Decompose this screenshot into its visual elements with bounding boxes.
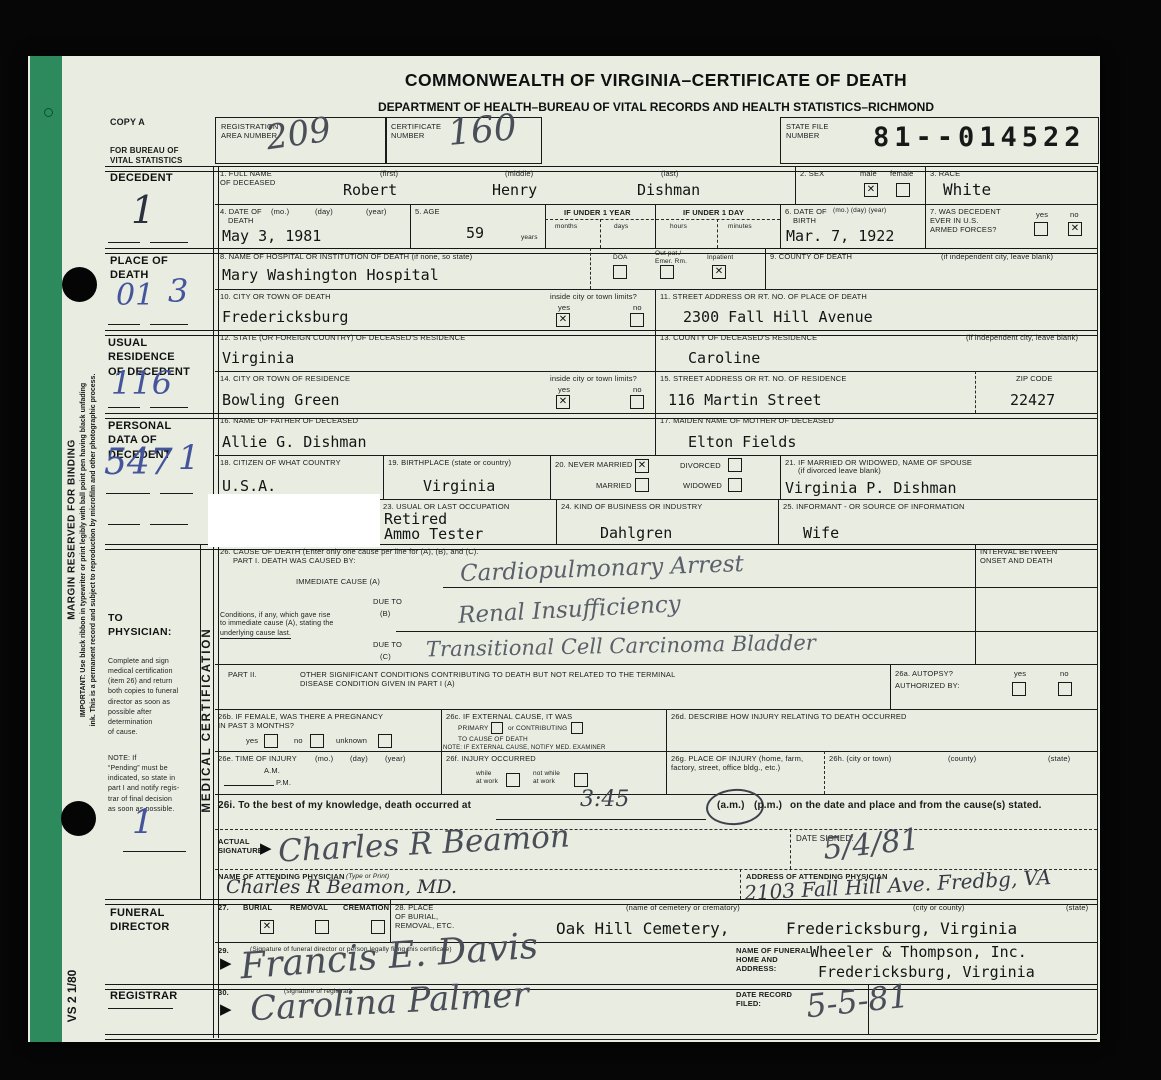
cremation-checkbox [371,920,385,934]
field-27-num: 27. [218,903,229,912]
signature-arrow-icon: ▶ [260,839,272,857]
divorced-label: DIVORCED [680,461,721,470]
while-at-work-label: while at work [476,770,498,786]
pregnancy-yes-checkbox [264,734,278,748]
decedent-margin-number: 1 [131,188,155,232]
field-26g-label: 26g. PLACE OF INJURY (home, farm, factor… [671,754,803,772]
while-at-work-checkbox [506,773,520,787]
medical-band-border [200,544,201,899]
immediate-cause-label: IMMEDIATE CAUSE (A) [296,577,380,586]
date-record-filed-label: DATE RECORD FILED: [736,990,792,1008]
outpatient-label: Out pat./ Emer. Rm. [655,250,687,266]
sex-male-label: male [860,169,877,178]
res-limits-no-label: no [633,385,642,394]
not-while-at-work-label: not while at work [533,770,560,786]
field-19-label: 19. BIRTHPLACE (state or country) [388,458,511,467]
primary-checkbox [491,722,503,734]
limits-yes-checkbox: ✕ [556,313,570,327]
funeral-home-city-value: Fredericksburg, Virginia [818,963,1035,981]
primary-label: PRIMARY [458,725,489,733]
field-12-label: 12. STATE (OR FOREIGN COUNTRY) OF DECEAS… [220,333,465,342]
personal-margin-number-1: 547 [104,442,173,483]
armed-forces-yes-label: yes [1036,210,1048,219]
zip-value: 22427 [1010,391,1055,409]
green-binding-stripe [30,56,62,1042]
field-5-label: 5. AGE [415,207,440,216]
field-4-label: 4. DATE OF [220,207,262,216]
field-2-label: 2. SEX [800,169,824,178]
personal-margin-number-2: 1 [178,438,200,478]
field-8-label: 8. NAME OF HOSPITAL OR INSTITUTION OF DE… [220,252,472,261]
married-label: MARRIED [596,481,632,490]
residence-street-value: 116 Martin Street [668,391,822,409]
certificate-number-label: CERTIFICATE NUMBER [391,122,441,140]
divorced-checkbox [728,458,742,472]
field-26c-label: 26c. IF EXTERNAL CAUSE, IT WAS [446,712,572,721]
doa-checkbox [613,265,627,279]
field-17-label: 17. MAIDEN NAME OF MOTHER OF DECEASED [660,416,834,425]
form-right-border [1097,166,1098,1034]
margin-important-text: IMPORTANT: Use black ribbon in typewrite… [79,320,99,780]
copy-a-label: COPY A [110,117,145,128]
limits-no-checkbox [630,313,644,327]
place-margin-number-1: 01 [116,278,154,313]
funeral-home-label: NAME OF FUNERAL HOME AND ADDRESS: [736,946,811,973]
autopsy-no-label: no [1060,669,1069,678]
inpatient-label: Inpatient [707,254,733,262]
conditions-note-underlined: underlying cause last. [220,630,291,639]
injury-year-label: (year) [385,754,406,763]
spouse-name-value: Virginia P. Dishman [785,479,957,497]
birthplace-value: Virginia [423,477,495,495]
pm-option: (p.m.) [754,800,782,812]
section-decedent: DECEDENT [110,171,173,185]
doa-label: DOA [613,254,628,262]
sex-female-label: female [890,169,913,178]
removal-checkbox [315,920,329,934]
city-county-note: (city or county) [913,903,965,912]
days-label: days [614,223,628,231]
hole-punch-bottom [61,801,96,836]
am-label: A.M. [264,766,280,775]
res-limits-yes-checkbox: ✕ [556,395,570,409]
pregnancy-unknown-label: unknown [336,736,367,745]
part-2-label: PART II. [228,670,257,679]
registrar-arrow-icon: ▶ [220,1000,232,1018]
zip-label: ZIP CODE [1016,374,1052,383]
part-2-text: OTHER SIGNIFICANT CONDITIONS CONTRIBUTIN… [300,670,675,688]
father-name-value: Allie G. Dishman [222,433,367,451]
industry-value: Dahlgren [600,524,672,542]
cause-b-value: Renal Insufficiency [457,591,681,629]
citizen-value: U.S.A. [222,477,276,495]
residence-state-value: Virginia [222,349,294,367]
pregnancy-unknown-checkbox [378,734,392,748]
field-30-num: 30. [218,988,229,997]
interval-label: INTERVAL BETWEEN ONSET AND DEATH [980,547,1057,565]
under-1-year-label: IF UNDER 1 YEAR [564,208,631,217]
actual-signature-label: ACTUAL SIGNATURE [218,837,263,855]
field-26f-label: 26f. INJURY OCCURRED [446,754,536,763]
redaction-box [208,494,380,547]
field-24-label: 24. KIND OF BUSINESS OR INDUSTRY [561,502,702,511]
death-time-value: 3:45 [580,787,629,812]
autopsy-authorized-label: AUTHORIZED BY: [895,681,960,690]
field-1-middle-label: (middle) [505,169,533,178]
bureau-label: FOR BUREAU OF VITAL STATISTICS [110,146,182,165]
field-26e-label: 26e. TIME OF INJURY [218,754,297,763]
burial-checkbox: ✕ [260,920,274,934]
field-11-label: 11. STREET ADDRESS OR RT. NO. OF PLACE O… [660,292,867,301]
field-15-label: 15. STREET ADDRESS OR RT. NO. OF RESIDEN… [660,374,846,383]
field-10-label: 10. CITY OR TOWN OF DEATH [220,292,331,301]
pregnancy-no-checkbox [310,734,324,748]
external-cause-note: NOTE: IF EXTERNAL CAUSE, NOTIFY MED. EXA… [443,745,605,752]
married-checkbox [635,478,649,492]
field-9-label: 9. COUNTY OF DEATH [770,252,852,261]
section-registrar: REGISTRAR [110,989,177,1003]
hours-label: hours [670,223,687,231]
age-value: 59 [466,224,484,242]
hole-punch-top [62,267,97,302]
divider [105,1034,1097,1040]
occupation-value-2: Ammo Tester [384,525,483,543]
autopsy-no-checkbox [1058,682,1072,696]
field-16-label: 16. NAME OF FATHER OF DECEASED [220,416,358,425]
race-value: White [943,180,991,199]
funeral-home-name-value: Wheeler & Thompson, Inc. [810,943,1027,961]
due-to-c-label: DUE TO [373,640,402,649]
last-name-value: Dishman [637,181,700,199]
residence-county-value: Caroline [688,349,760,367]
contributing-checkbox [571,722,583,734]
date-of-death-value: May 3, 1981 [222,227,321,245]
part-1-label: PART I. DEATH WAS CAUSED BY: [233,556,356,565]
minutes-label: minutes [728,223,752,231]
field-28-label: 28. PLACE OF BURIAL, REMOVAL, ETC. [395,903,454,930]
armed-forces-no-label: no [1070,210,1079,219]
death-street-value: 2300 Fall Hill Avenue [683,308,873,326]
field-26d-label: 26d. DESCRIBE HOW INJURY RELATING TO DEA… [671,712,907,721]
county-note-label: (county) [948,754,976,763]
b-tag: (B) [380,609,390,618]
months-label: months [555,223,577,231]
field-14-label: 14. CITY OR TOWN OF RESIDENCE [220,374,350,383]
field-4-day: (day) [315,207,333,216]
field-3-label: 3. RACE [930,169,960,178]
field-10-limits-label: inside city or town limits? [550,292,637,301]
res-limits-no-checkbox [630,395,644,409]
hospital-value: Mary Washington Hospital [222,266,439,284]
medical-certification-vertical-label: MEDICAL CERTIFICATION [201,570,213,870]
field-1-first-label: (first) [380,169,398,178]
section-funeral-director: FUNERAL DIRECTOR [110,906,170,935]
armed-forces-no-checkbox: ✕ [1068,222,1082,236]
field-4-mo: (mo.) [271,207,289,216]
cemetery-note: (name of cemetery or crematory) [626,903,740,912]
conditions-note: Conditions, if any, which gave rise to i… [220,612,333,629]
field-26h-label: 26h. (city or town) [829,754,891,763]
state-file-value: 81--014522 [873,122,1086,153]
cemetery-city-value: Fredericksburg, Virginia [786,919,1017,938]
injury-day-label: (day) [350,754,368,763]
cemetery-value: Oak Hill Cemetery, [556,919,729,938]
limits-yes-label: yes [558,303,570,312]
residence-city-value: Bowling Green [222,391,339,409]
certificate-title: COMMONWEALTH OF VIRGINIA–CERTIFICATE OF … [215,70,1097,91]
margin-binding-text: MARGIN RESERVED FOR BINDING [67,390,78,670]
sex-male-checkbox: ✕ [864,183,878,197]
autopsy-yes-label: yes [1014,669,1026,678]
field-4-year: (year) [366,207,387,216]
under-1-day-label: IF UNDER 1 DAY [683,208,744,217]
res-limits-yes-label: yes [558,385,570,394]
widowed-label: WIDOWED [683,481,722,490]
field-14-limits-label: inside city or town limits? [550,374,637,383]
field-4-label2: DEATH [228,216,254,225]
cremation-label: CREMATION [343,903,389,912]
widowed-checkbox [728,478,742,492]
cause-c-value: Transitional Cell Carcinoma Bladder [426,631,816,662]
field-9-note: (if independent city, leave blank) [941,252,1053,261]
state-note: (state) [1066,903,1088,912]
not-while-at-work-checkbox [574,773,588,787]
field-26a-label: 26a. AUTOPSY? [895,669,953,678]
attending-physician-value: Charles R Beamon, MD. [226,876,457,898]
state-file-label: STATE FILE NUMBER [786,122,828,140]
contributing-label: or CONTRIBUTING [508,725,567,733]
field-26i-post: on the date and place and from the cause… [790,800,1042,812]
physician-margin-number: 1 [132,802,154,842]
section-to-physician: TO PHYSICIAN: [108,612,172,639]
pregnancy-yes-label: yes [246,736,258,745]
physician-instructions: Complete and sign medical certification … [108,657,178,738]
field-26b-label: 26b. IF FEMALE, WAS THERE A PREGNANCY IN… [218,712,383,730]
injury-mo-label: (mo.) [315,754,333,763]
field-6-format: (mo.) (day) (year) [833,207,886,215]
pm-label: P.M. [276,778,291,787]
residence-margin-number: 116 [111,364,172,402]
certificate-paper: MARGIN RESERVED FOR BINDING IMPORTANT: U… [28,56,1100,1042]
certificate-subtitle: DEPARTMENT OF HEALTH–BUREAU OF VITAL REC… [215,100,1097,114]
to-cause-label: TO CAUSE OF DEATH [458,736,528,744]
informant-value: Wife [803,524,839,542]
pregnancy-no-label: no [294,736,303,745]
field-6-label2: BIRTH [793,216,816,225]
field-18-label: 18. CITIZEN OF WHAT COUNTRY [220,458,341,467]
field-21-note: (if divorced leave blank) [798,466,881,475]
field-13-label: 13. COUNTY OF DECEASED'S RESIDENCE [660,333,817,342]
c-tag: (C) [380,652,391,661]
autopsy-yes-checkbox [1012,682,1026,696]
field-1-last-label: (last) [661,169,679,178]
certificate-number-value: 160 [446,107,518,154]
field-6-label: 6. DATE OF [785,207,827,216]
middle-name-value: Henry [492,181,537,199]
city-of-death-value: Fredericksburg [222,308,348,326]
place-margin-number-2: 3 [168,272,188,310]
first-name-value: Robert [343,181,397,199]
field-1-label: 1. FULL NAME OF DECEASED [220,169,275,187]
binding-ring-mark [44,108,53,117]
never-married-checkbox: ✕ [635,459,649,473]
form-number: VS 2 1/80 [65,936,79,1056]
funeral-director-arrow-icon: ▶ [220,954,232,972]
inpatient-checkbox: ✕ [712,265,726,279]
limits-no-label: no [633,303,642,312]
removal-label: REMOVAL [290,903,328,912]
field-13-note: (if independent city, leave blank) [966,333,1078,342]
field-26i-pre: 26i. To the best of my knowledge, death … [218,800,471,812]
physician-signature-value: Charles R Beamon [277,818,570,869]
state-note-label: (state) [1048,754,1070,763]
field-25-label: 25. INFORMANT - OR SOURCE OF INFORMATION [783,502,965,511]
date-of-birth-value: Mar. 7, 1922 [786,227,894,245]
age-years-label: years [521,234,538,242]
cause-a-value: Cardiopulmonary Arrest [460,551,745,587]
armed-forces-yes-checkbox [1034,222,1048,236]
due-to-b-label: DUE TO [373,597,402,606]
burial-label: BURIAL [243,903,272,912]
outpatient-checkbox [660,265,674,279]
mother-name-value: Elton Fields [688,433,796,451]
field-20-label: 20. NEVER MARRIED [555,460,633,469]
field-26-label: 26. CAUSE OF DEATH (Enter only one cause… [220,547,479,556]
sex-female-checkbox [896,183,910,197]
field-7-label: 7. WAS DECEDENT EVER IN U.S. ARMED FORCE… [930,207,1001,234]
